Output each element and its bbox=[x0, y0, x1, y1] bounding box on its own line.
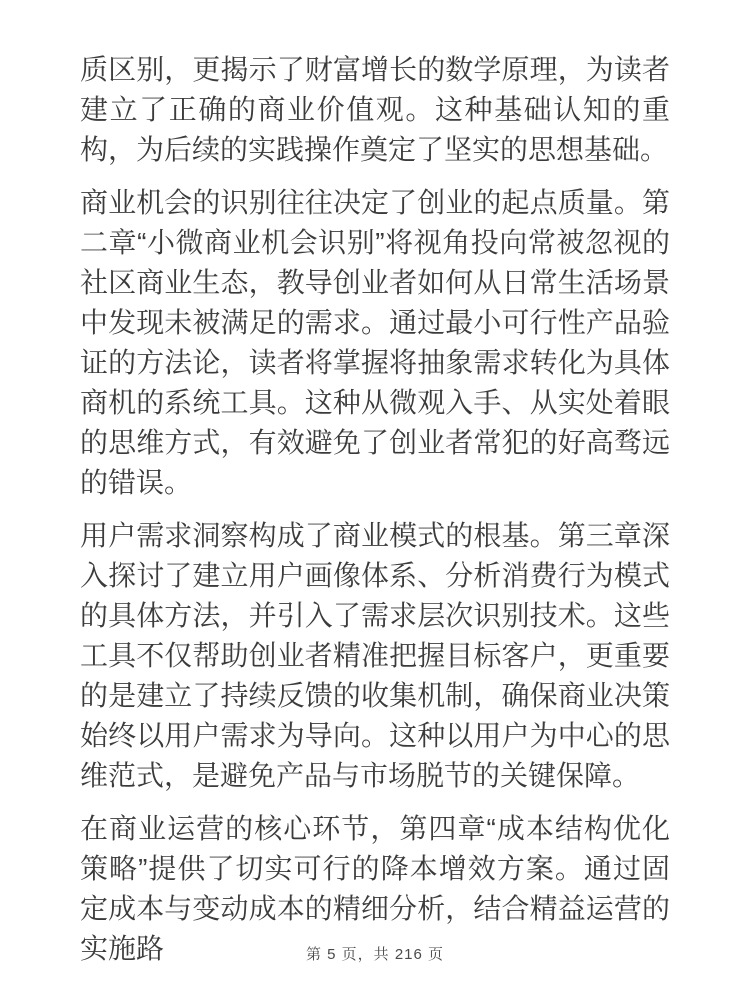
page-text: 质区别，更揭示了财富增长的数学原理，为读者建立了正确的商业价值观。这种基础认知的… bbox=[80, 50, 670, 982]
document-page: 质区别，更揭示了财富增长的数学原理，为读者建立了正确的商业价值观。这种基础认知的… bbox=[0, 0, 750, 1000]
paragraph: 商业机会的识别往往决定了创业的起点质量。第二章“小微商业机会识别”将视角投向常被… bbox=[80, 183, 670, 503]
paragraph: 质区别，更揭示了财富增长的数学原理，为读者建立了正确的商业价值观。这种基础认知的… bbox=[80, 50, 670, 170]
page-footer: 第 5 页，共 216 页 bbox=[0, 943, 750, 964]
paragraph: 用户需求洞察构成了商业模式的根基。第三章深入探讨了建立用户画像体系、分析消费行为… bbox=[80, 516, 670, 796]
page-indicator: 第 5 页，共 216 页 bbox=[306, 946, 444, 963]
